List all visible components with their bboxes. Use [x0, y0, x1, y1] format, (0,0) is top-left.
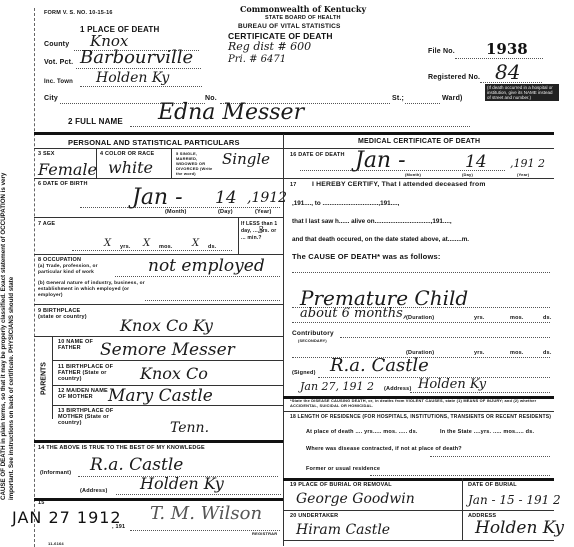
informant-heading: 14 THE ABOVE IS TRUE TO THE BEST OF MY K… — [38, 445, 205, 451]
form-code: 11-6164 — [48, 541, 64, 546]
burial-place-label: 19 PLACE OF BURIAL OR REMOVAL — [290, 482, 392, 488]
physician-address-value: Holden Ky — [418, 377, 486, 392]
personal-particulars-heading: PERSONAL AND STATISTICAL PARTICULARS — [68, 138, 240, 147]
attended-from-line: ,191...., to ...........................… — [292, 200, 399, 207]
death-occurred-line: and that death occured, on the date stat… — [292, 236, 469, 243]
reg-dist-number: Reg dist # 600 — [228, 40, 311, 53]
informant-address-label: (Address) — [80, 488, 107, 494]
year-caption: (Year) — [255, 209, 272, 215]
registrar-signature: T. M. Wilson — [150, 503, 262, 524]
mother-birthplace-label: 13 BIRTHPLACE OF MOTHER (State or countr… — [58, 408, 118, 426]
father-birthplace-value: Knox Co — [140, 364, 208, 383]
informant-address-value: Holden Ky — [140, 474, 224, 493]
physician-signature: R.a. Castle — [330, 355, 429, 376]
full-name-value: Edna Messer — [158, 100, 304, 125]
disease-contracted-label: Where was disease contracted, if not at … — [306, 446, 462, 452]
marital-status-value: Single — [222, 150, 270, 168]
dod-year: ,191 2 — [510, 157, 545, 170]
month-caption: (Month) — [165, 209, 187, 215]
occupation-a-label: (a) Trade, profession, or particular kin… — [38, 264, 118, 276]
commonwealth-title: Commonwealth of Kentucky — [240, 4, 366, 14]
dob-day: 14 — [215, 188, 237, 208]
medical-certificate-heading: MEDICAL CERTIFICATE OF DEATH — [358, 138, 480, 145]
hospital-note: (If death occurred in a hospital or inst… — [485, 84, 559, 101]
signed-date: Jan 27, 191 2 — [300, 380, 374, 393]
dob-year: ,1912 — [247, 190, 287, 206]
registered-no-label: Registered No. — [428, 74, 480, 81]
informant-value: R.a. Castle — [90, 455, 183, 475]
length-of-residence-label: 18 LENGTH OF RESIDENCE (FOR HOSPITALS, I… — [290, 414, 552, 420]
filed-number: 15 — [38, 500, 45, 506]
father-birthplace-label: 11 BIRTHPLACE OF FATHER (State or countr… — [58, 364, 118, 382]
informant-label: (Informant) — [40, 470, 71, 476]
day-caption: (Day) — [218, 209, 233, 215]
contributory-yrs-caption: yrs. — [474, 350, 485, 356]
age-days-caption: ds. — [208, 244, 217, 250]
date-of-death-label: 16 DATE OF DEATH — [290, 152, 345, 158]
cause-of-death-heading: The CAUSE OF DEATH* was as follows: — [292, 252, 441, 261]
age-days-value: X — [192, 238, 199, 249]
dod-month-caption: (Month) — [405, 172, 421, 177]
residence-at-place: At place of death .... yrs..... mos. ...… — [306, 429, 418, 435]
registered-no-value: 84 — [495, 60, 520, 84]
filed-year-prefix: , 191 — [112, 524, 125, 530]
side-instructions: CAUSE OF DEATH in plain terms, so that i… — [0, 20, 30, 500]
birthplace-value: Knox Co Ky — [120, 316, 213, 335]
age-years-caption: yrs. — [120, 244, 131, 250]
mother-birthplace-value: Tenn. — [170, 420, 209, 436]
cause-footnote: *State the DISEASE CAUSING DEATH, or, in… — [290, 398, 552, 408]
color-race-value: white — [108, 158, 153, 177]
form-number: FORM V. S. NO. 10-15-16 — [44, 10, 113, 16]
certify-text: I HEREBY CERTIFY, That I attended deceas… — [312, 181, 486, 188]
color-race-label: 4 COLOR OR RACE — [100, 151, 154, 157]
file-no-value: 1938 — [486, 40, 528, 58]
date-of-birth-label: 6 DATE OF BIRTH — [38, 181, 88, 187]
burial-date-value: Jan - 15 - 191 2 — [468, 493, 561, 507]
age-years-value: X — [104, 238, 111, 249]
signed-label: (Signed) — [292, 370, 316, 376]
secondary-label: (SECONDARY) — [298, 339, 327, 343]
ward-label: Ward) — [442, 95, 463, 102]
dod-month: Jan - — [355, 148, 406, 173]
dod-day-caption: (Day) — [462, 172, 473, 177]
dod-day: 14 — [465, 152, 487, 172]
vot-pct-value: Barbourville — [80, 47, 193, 68]
cause-ds-caption: ds. — [543, 315, 552, 321]
mother-name-value: Mary Castle — [108, 386, 213, 406]
contributory-ds-caption: ds. — [543, 350, 552, 356]
vot-pct-label: Vot. Pct. — [44, 59, 73, 66]
marital-status-label: 5 SINGLE, MARRIED, WIDOWED OR DIVORCED (… — [176, 151, 216, 176]
pri-number: Pri. # 6471 — [228, 54, 286, 65]
left-border — [34, 8, 35, 547]
contributory-label: Contributory — [292, 330, 334, 337]
undertaker-value: Hiram Castle — [296, 522, 390, 538]
age-months-value: X — [143, 238, 150, 249]
filed-date-stamp: JAN 27 1912 — [12, 508, 122, 527]
age-months-caption: mos. — [159, 244, 173, 250]
residence-in-state: In the State ....yrs. ..... mos..... ds. — [440, 429, 534, 435]
board-of-health: STATE BOARD OF HEALTH — [265, 15, 341, 21]
cause-yrs-caption: yrs. — [474, 315, 485, 321]
last-saw-line: that I last saw h...... alive on........… — [292, 218, 452, 225]
side-instruction-line-2: important. See instructions on back of c… — [8, 20, 16, 500]
bureau-vital-statistics: BUREAU OF VITAL STATISTICS — [238, 23, 341, 30]
father-name-value: Semore Messer — [100, 340, 235, 360]
side-instruction-line-1: CAUSE OF DEATH in plain terms, so that i… — [0, 20, 8, 500]
occupation-value: not employed — [148, 256, 265, 276]
parents-section-label: PARENTS — [41, 355, 48, 403]
city-label: City — [44, 95, 58, 102]
inc-town-label: Inc. Town — [44, 79, 73, 85]
county-label: County — [44, 41, 69, 48]
burial-place-value: George Goodwin — [296, 491, 415, 507]
undertaker-address-value: Holden Ky — [475, 518, 564, 538]
age-label: 7 AGE — [38, 221, 55, 227]
sex-label: 3 SEX — [38, 151, 55, 157]
cause-duration-value: about 6 months, — [300, 306, 407, 321]
full-name-label: 2 FULL NAME — [68, 117, 123, 126]
occupation-label: 8 OCCUPATION — [38, 257, 81, 263]
burial-date-label: DATE OF BURIAL — [468, 482, 517, 488]
occupation-b-label: (b) General nature of industry, business… — [38, 281, 148, 299]
birthplace-label: 9 BIRTHPLACE (state or country) — [38, 308, 98, 320]
contributory-mos-caption: mos. — [510, 350, 524, 356]
former-residence-label: Former or usual residence — [306, 466, 380, 472]
certify-number: 17 — [290, 182, 297, 188]
mother-name-label: 12 MAIDEN NAME OF MOTHER — [58, 388, 113, 400]
registrar-label: REGISTRAR — [252, 531, 277, 536]
dob-month: Jan - — [132, 185, 183, 210]
file-no-label: File No. — [428, 48, 455, 55]
inc-town-value: Holden Ky — [96, 70, 169, 86]
physician-address-label: (Address) — [384, 386, 411, 392]
street-label: St.; — [392, 95, 404, 102]
undertaker-label: 20 UNDERTAKER — [290, 513, 338, 519]
less-than-hours-value: 3 — [258, 226, 264, 236]
cause-mos-caption: mos. — [510, 315, 524, 321]
dod-year-caption: (Year) — [517, 172, 529, 177]
sex-value: Female — [38, 160, 97, 179]
cause-duration-label: (Duration) — [406, 315, 434, 321]
